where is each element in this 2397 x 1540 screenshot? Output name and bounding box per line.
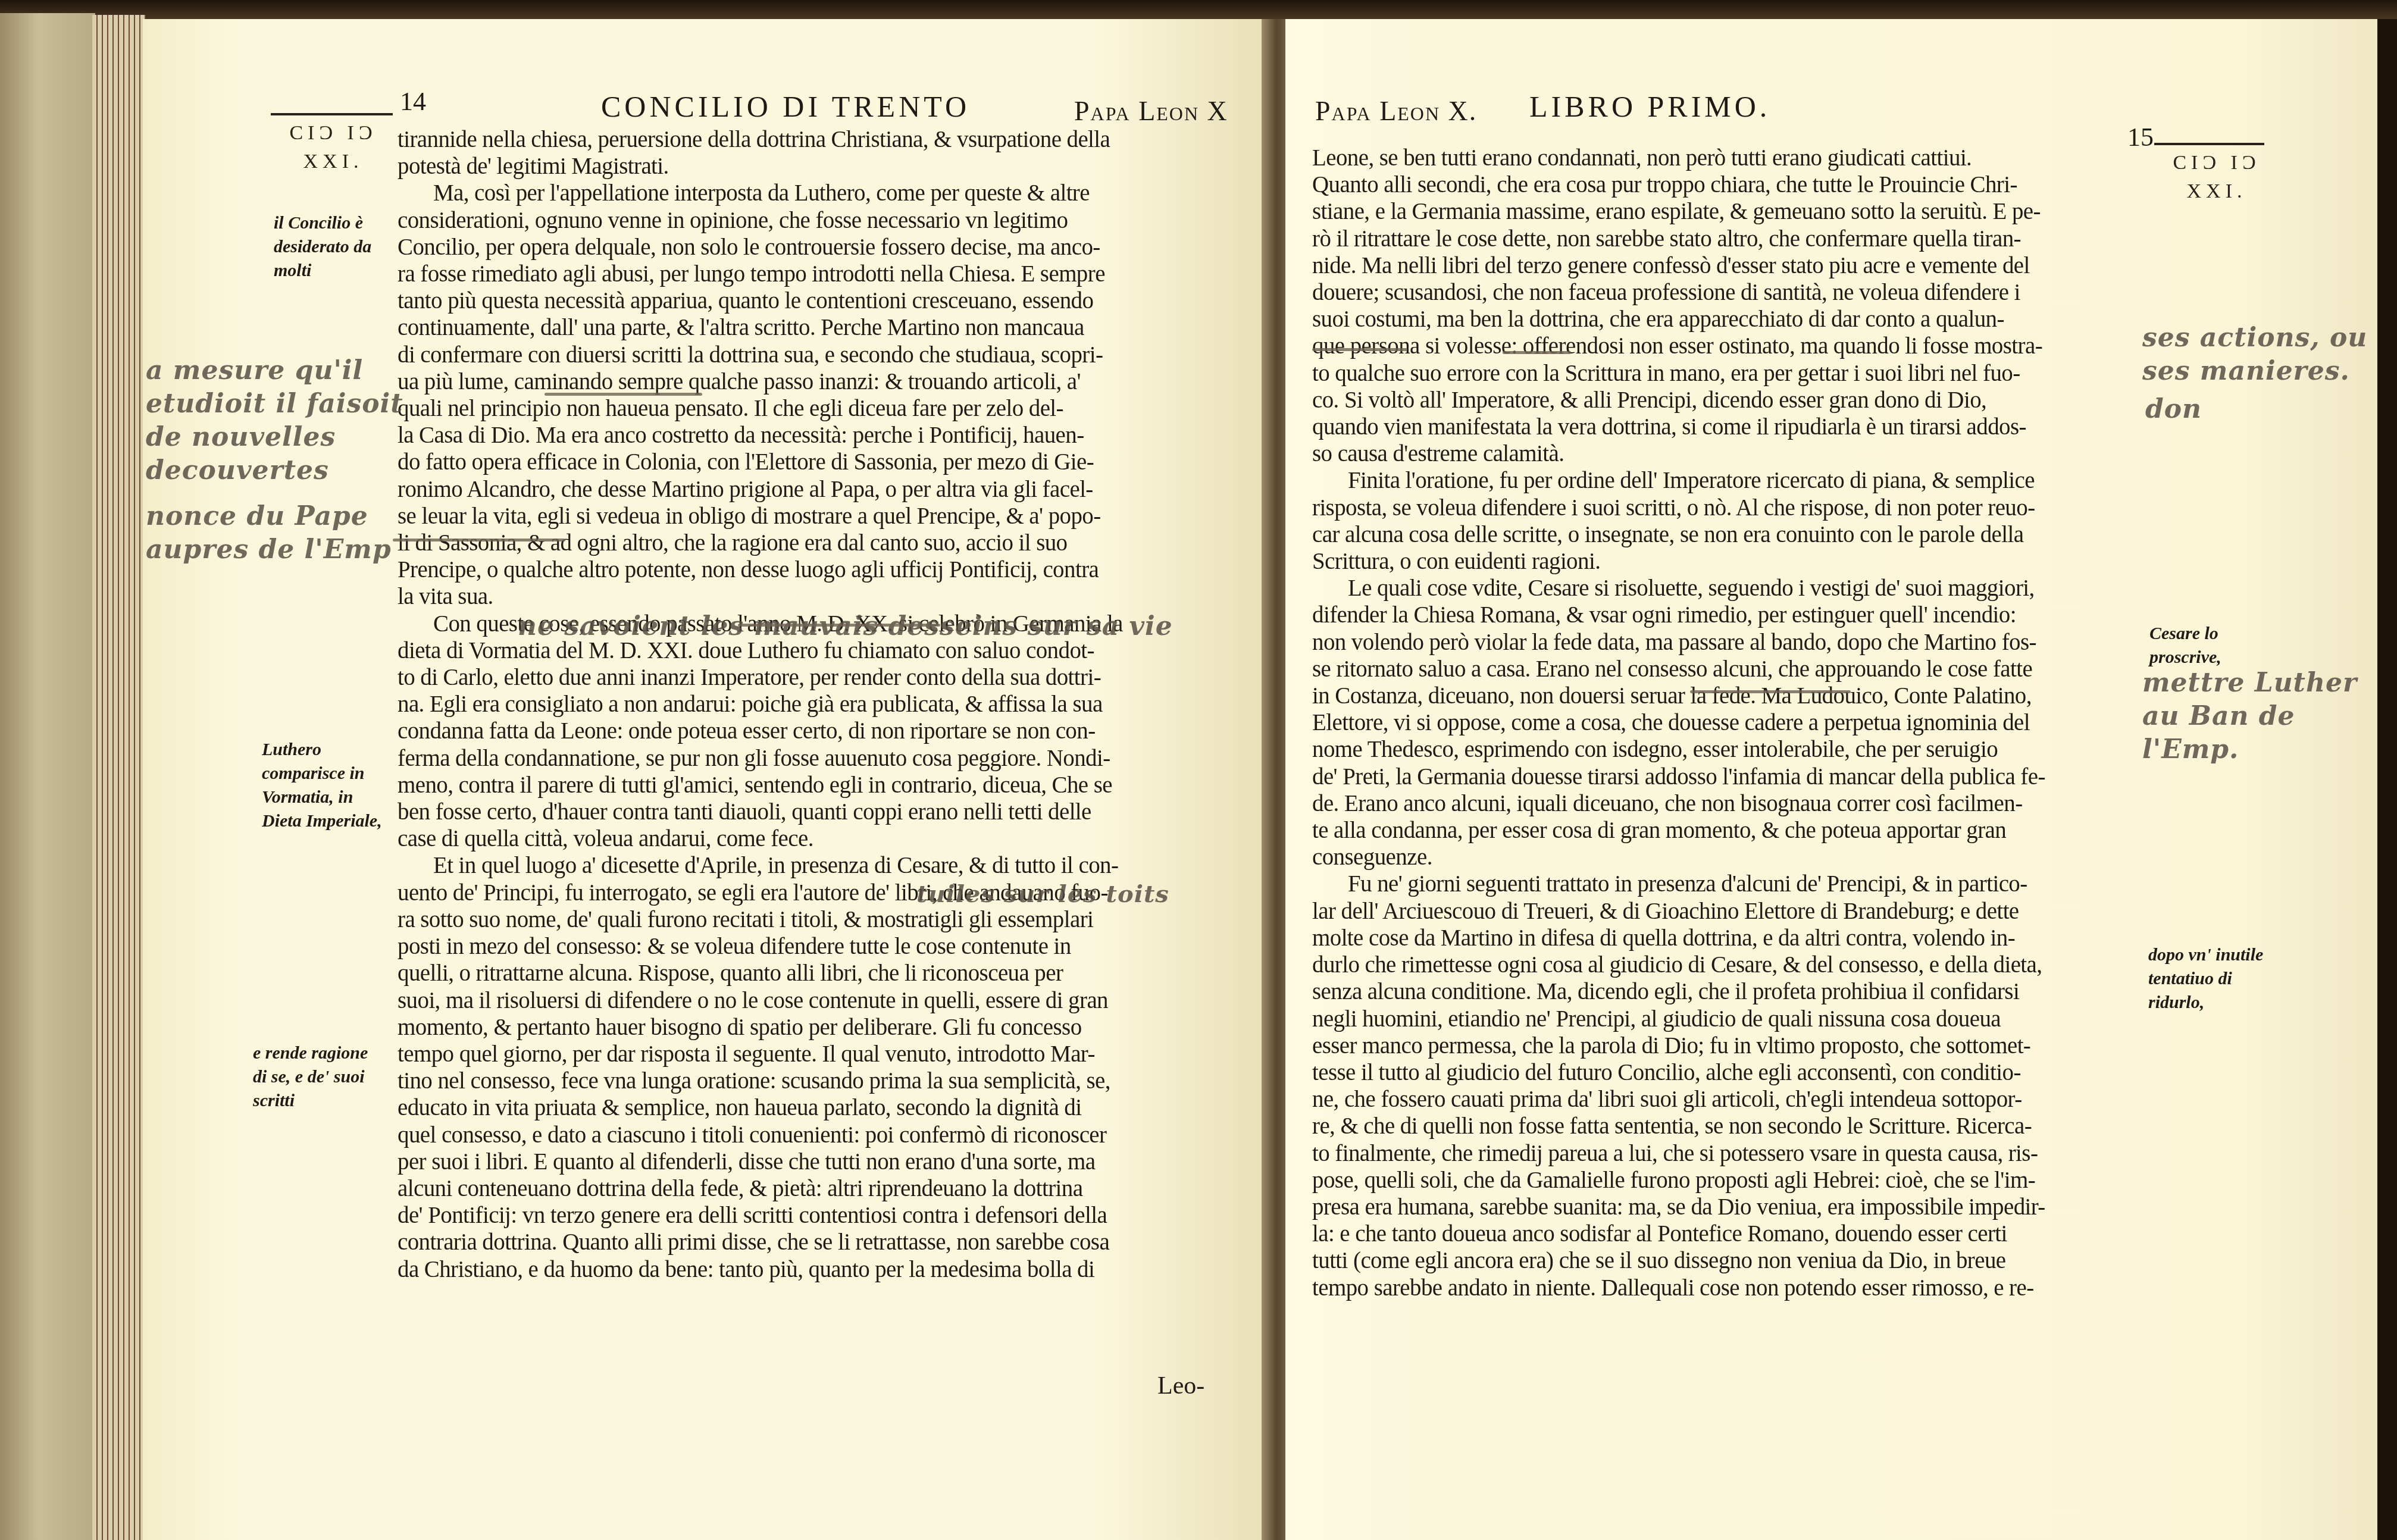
book-cover-left — [0, 13, 95, 1540]
left-page-body: tirannide nella chiesa, peruersione dell… — [398, 126, 1266, 1283]
text-line: re, & che di quelli non fosse fatta sent… — [1312, 1113, 2145, 1140]
text-line: nide. Ma nelli libri del terzo genere co… — [1312, 252, 2145, 279]
text-line: Et in quel luogo a' dicesette d'Aprile, … — [398, 852, 1266, 879]
text-line: ne, che fossero cauati prima da' libri s… — [1312, 1086, 2145, 1113]
text-line: do fatto opera efficace in Colonia, con … — [398, 449, 1266, 475]
text-line: Leone, se ben tutti erano condannati, no… — [1312, 145, 2145, 171]
text-line: la Casa di Dio. Ma era anco costretto da… — [398, 422, 1266, 449]
text-line: per suoi i libri. E quanto al difenderli… — [398, 1148, 1266, 1175]
text-line: molte cose da Martino in difesa di quell… — [1312, 925, 2145, 951]
text-line: li di Sassonia, & ad ogni altro, che la … — [398, 530, 1266, 556]
page-number-left: 14 — [400, 86, 426, 117]
text-line: quelli, o ritrattarne alcuna. Rispose, q… — [398, 960, 1266, 987]
running-head-left: Papa Leon X — [1074, 95, 1228, 127]
margin-rule — [271, 113, 393, 115]
handwritten-note-don: don — [2145, 393, 2264, 426]
text-line: continuamente, dall' una parte, & l'altr… — [398, 314, 1266, 341]
text-line: te alla condanna, per esser cosa di gran… — [1312, 817, 2145, 844]
year-note-right: CIƆ IƆ XXI. — [2160, 149, 2273, 206]
book-right-edge — [2377, 19, 2397, 1540]
text-line: stiane, e la Germania massime, erano esp… — [1312, 198, 2145, 225]
handwritten-note-nuncio: nonce du Pape aupres de l'Emp — [146, 500, 396, 566]
handwritten-note-actions: ses actions, ou ses manieres. — [2142, 321, 2380, 388]
ink-underline — [1312, 348, 1407, 351]
text-line: Concilio, per opera delquale, non solo l… — [398, 234, 1266, 261]
text-line: esser manco permessa, che la parola di D… — [1312, 1032, 2145, 1059]
text-line: de. Erano anco alcuni, iquali diceuano, … — [1312, 790, 2145, 817]
text-line: senza alcuna conditione. Ma, dicendo egl… — [1312, 978, 2145, 1005]
text-line: suoi costumi, ma ben la dottrina, che er… — [1312, 306, 2145, 333]
text-line: de' Preti, la Germania douesse tirarsi a… — [1312, 763, 2145, 790]
handwritten-note-tiles: tuiles sur les toits — [916, 878, 1250, 911]
text-line: in Costanza, diceuano, non douersi serua… — [1312, 683, 2145, 709]
text-line: tino nel consesso, fece vna lunga oratio… — [398, 1068, 1266, 1094]
text-line: Ma, così per l'appellatione interposta d… — [398, 180, 1266, 206]
text-line: da Christiano, e da huomo da bene: tanto… — [398, 1256, 1266, 1283]
margin-note-caesar-proscribes: Cesare lo proscrive, — [2149, 622, 2263, 669]
right-page-body: Leone, se ben tutti erano condannati, no… — [1312, 145, 2145, 1301]
handwritten-note-discoveries: a mesure qu'il etudioit il faisoit de no… — [146, 354, 408, 487]
margin-note-renders-account: e rende ragione di se, e de' suoi scritt… — [253, 1041, 381, 1113]
text-line: tanto più questa necessità appariua, qua… — [398, 287, 1266, 314]
text-line: so causa d'estreme calamità. — [1312, 440, 2145, 467]
text-line: Fu ne' giorni seguenti trattato in prese… — [1312, 871, 2145, 897]
page-title-left: CONCILIO DI TRENTO — [601, 89, 970, 124]
text-line: ferma della condannatione, se pur non gl… — [398, 745, 1266, 772]
text-line: difender la Chiesa Romana, & vsar ogni r… — [1312, 602, 2145, 628]
text-line: to finalmente, che rimedij pareua a lui,… — [1312, 1140, 2145, 1167]
text-line: tesse il tutto al giudicio del futuro Co… — [1312, 1059, 2145, 1086]
text-line: negli huomini, etiandio ne' Prencipi, al… — [1312, 1006, 2145, 1032]
text-line: considerationi, ognuno venne in opinione… — [398, 207, 1266, 234]
text-line: rò il ritrattare le cose dette, non sare… — [1312, 226, 2145, 252]
ink-underline — [738, 624, 940, 627]
text-line: quali nel principio non haueua pensato. … — [398, 395, 1266, 422]
book-top-edge — [0, 0, 2397, 19]
text-line: co. Si voltò all' Imperatore, & alli Pre… — [1312, 387, 2145, 414]
text-line: Prencipe, o qualche altro potente, non d… — [398, 556, 1266, 583]
text-line: ua più lume, caminando sempre qualche pa… — [398, 368, 1266, 395]
text-line: la: e che tanto doueua anco sodisfar al … — [1312, 1220, 2145, 1247]
handwritten-note-ban: mettre Luther au Ban de l'Emp. — [2142, 666, 2392, 766]
ink-underline — [1690, 690, 1851, 693]
ink-underline — [545, 393, 702, 396]
text-line: to qualche suo errore con la Scrittura i… — [1312, 360, 2145, 387]
margin-rule — [2154, 143, 2264, 145]
text-line: durlo che rimettesse ogni cosa al giudic… — [1312, 951, 2145, 978]
text-line: ben fosse certo, d'hauer contra tanti di… — [398, 799, 1266, 825]
text-line: Scrittura, o con euidenti ragioni. — [1312, 548, 2145, 575]
margin-note-council: il Concilio è desiderato da molti — [274, 211, 387, 283]
text-line: se ritornato saluo a casa. Erano nel con… — [1312, 656, 2145, 683]
text-line: Quanto alli secondi, che era cosa pur tr… — [1312, 171, 2145, 198]
text-line: posti in mezo del consesso: & se voleua … — [398, 933, 1266, 960]
text-line: contraria dottrina. Quanto alli primi di… — [398, 1229, 1266, 1256]
margin-note-futile-attempt: dopo vn' inutile tentatiuo di ridurlo, — [2148, 943, 2267, 1015]
text-line: tempo quel giorno, per dar risposta il s… — [398, 1041, 1266, 1068]
text-line: tempo sarebbe andato in niente. Dallequa… — [1312, 1275, 2145, 1301]
text-line: car alcuna cosa delle scritte, o insegna… — [1312, 521, 2145, 548]
text-line: ra fosse rimediato agli abusi, per lungo… — [398, 261, 1266, 287]
text-line: de' Pontificij: vn terzo genere era dell… — [398, 1202, 1266, 1229]
text-line: Elettore, vi si oppose, come a cosa, che… — [1312, 709, 2145, 736]
page-edges — [92, 15, 146, 1540]
text-line: lar dell' Arciuescouo di Treueri, & di G… — [1312, 898, 2145, 925]
text-line: to di Carlo, eletto due anni inanzi Impe… — [398, 664, 1266, 691]
text-line: na. Egli era consigliato a non andarui: … — [398, 691, 1266, 718]
text-line: meno, contra il parere di tutti gl'amici… — [398, 772, 1266, 799]
text-line: momento, & pertanto hauer bisogno di spa… — [398, 1014, 1266, 1041]
text-line: pose, quelli soli, che da Gamalielle fur… — [1312, 1167, 2145, 1194]
text-line: quando vien manifestata la vera dottrina… — [1312, 414, 2145, 440]
text-line: tutti (come egli ancora era) che se il s… — [1312, 1247, 2145, 1274]
text-line: suoi, ma il risoluersi di difendere o no… — [398, 987, 1266, 1014]
text-line: educato in vita priuata & semplice, non … — [398, 1094, 1266, 1121]
text-line: condanna fatta da Leone: onde poteua ess… — [398, 718, 1266, 744]
text-line: presa era humana, sarebbe suanita: ma, s… — [1312, 1194, 2145, 1220]
ink-underline — [1503, 351, 1571, 354]
running-head-right: Papa Leon X. — [1315, 95, 1477, 127]
text-line: non volendo però violar la fede data, ma… — [1312, 629, 2145, 656]
text-line: quel consesso, e dato a ciascuno i titol… — [398, 1122, 1266, 1148]
text-line: que persona si volesse: offerendosi non … — [1312, 333, 2145, 359]
text-line: douere; scusandosi, che non faceua profe… — [1312, 279, 2145, 306]
text-line: conseguenze. — [1312, 844, 2145, 871]
ink-underline — [393, 539, 565, 541]
text-line: la vita sua. — [398, 583, 1266, 610]
text-line: tirannide nella chiesa, peruersione dell… — [398, 126, 1266, 153]
page-title-right: LIBRO PRIMO. — [1529, 89, 1770, 124]
text-line: alcuni conteneuano dottrina della fede, … — [398, 1175, 1266, 1202]
text-line: Le quali cose vdite, Cesare si risoluett… — [1312, 575, 2145, 602]
text-line: di confermare con diuersi scritti la dot… — [398, 342, 1266, 368]
text-line: se leuar la vita, egli si vedeua in obli… — [398, 503, 1266, 530]
text-line: potestà de' legitimi Magistrati. — [398, 153, 1266, 180]
text-line: nome Thedesco, esprimendo con isdegno, e… — [1312, 736, 2145, 763]
year-note-left: CIƆ IƆ XXI. — [280, 119, 387, 176]
text-line: risposta, se voleua difendere i suoi scr… — [1312, 494, 2145, 521]
margin-note-luther-worms: Luthero comparisce in Vormatia, in Dieta… — [262, 738, 387, 833]
text-line: ronimo Alcandro, che desse Martino prigi… — [398, 476, 1266, 503]
catchword: Leo- — [1157, 1372, 1204, 1400]
text-line: case di quella città, voleua andarui, co… — [398, 825, 1266, 852]
handwritten-note-designs: ne savoient les mauvais desseins sur sa … — [518, 610, 1268, 643]
text-line: Finita l'oratione, fu per ordine dell' I… — [1312, 467, 2145, 494]
